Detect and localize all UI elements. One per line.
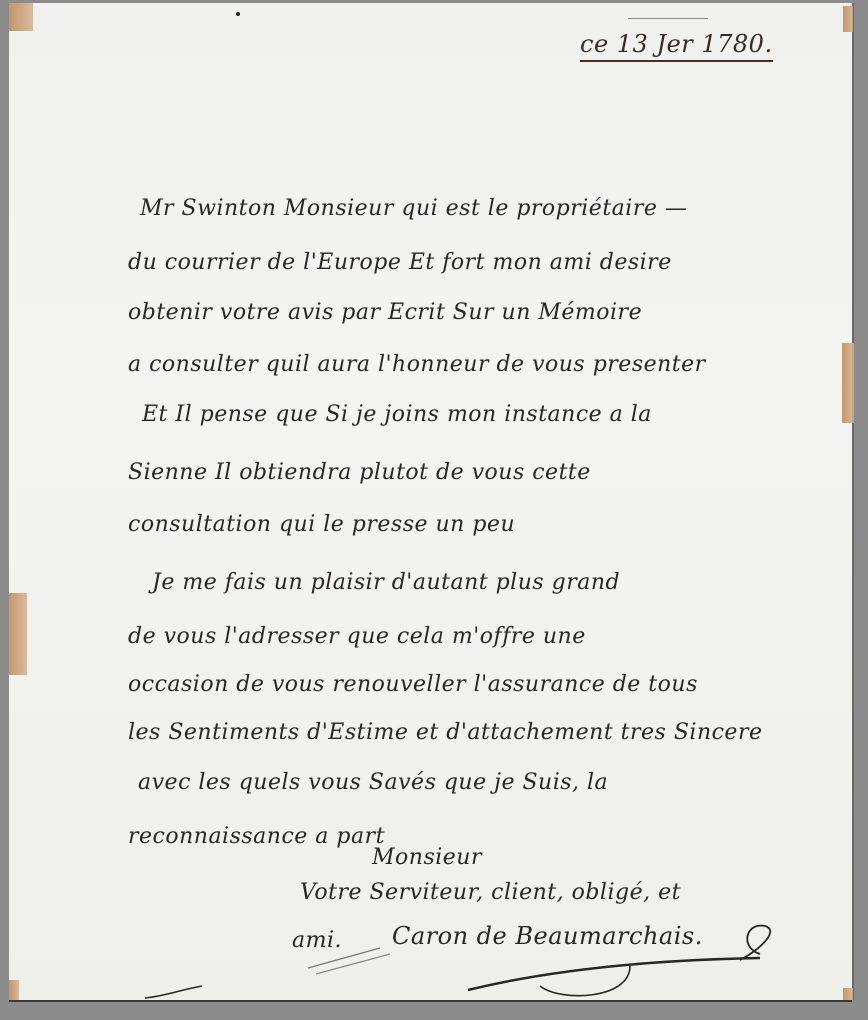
paper-stain-bottom-right bbox=[843, 988, 853, 1000]
body-line-13: reconnaissance a part bbox=[128, 824, 385, 849]
paper-stain-top-left bbox=[9, 3, 33, 31]
letter-date: ce 13 Jer 1780. bbox=[580, 30, 773, 62]
paper-stain-mid-right bbox=[842, 343, 854, 423]
salutation: Monsieur bbox=[372, 845, 482, 870]
body-line-7: consultation qui le presse un peu bbox=[128, 512, 515, 537]
body-line-9: de vous l'adresser que cela m'offre une bbox=[128, 624, 586, 649]
paper-stain-mid-left bbox=[9, 593, 27, 675]
body-line-12: avec les quels vous Savés que je Suis, l… bbox=[138, 770, 608, 795]
bottom-left-stroke-icon bbox=[140, 984, 220, 1004]
body-line-11: les Sentiments d'Estime et d'attachement… bbox=[128, 720, 763, 745]
body-line-10: occasion de vous renouveller l'assurance… bbox=[128, 672, 698, 697]
body-line-8: Je me fais un plaisir d'autant plus gran… bbox=[152, 570, 620, 595]
body-line-5: Et Il pense que Si je joins mon instance… bbox=[142, 402, 652, 427]
body-line-1: Mr Swinton Monsieur qui est le propriéta… bbox=[140, 196, 687, 221]
signature-flourish-icon bbox=[290, 920, 810, 1010]
ink-dot bbox=[236, 12, 240, 16]
body-line-2: du courrier de l'Europe Et fort mon ami … bbox=[128, 250, 672, 275]
paper-stain-bottom-left bbox=[9, 980, 19, 1000]
date-overline bbox=[628, 18, 708, 19]
paper-stain-top-right bbox=[843, 6, 853, 32]
valediction: Votre Serviteur, client, obligé, et bbox=[300, 880, 681, 905]
body-line-6: Sienne Il obtiendra plutot de vous cette bbox=[128, 460, 591, 485]
body-line-4: a consulter quil aura l'honneur de vous … bbox=[128, 352, 706, 377]
body-line-3: obtenir votre avis par Ecrit Sur un Mémo… bbox=[128, 300, 642, 325]
